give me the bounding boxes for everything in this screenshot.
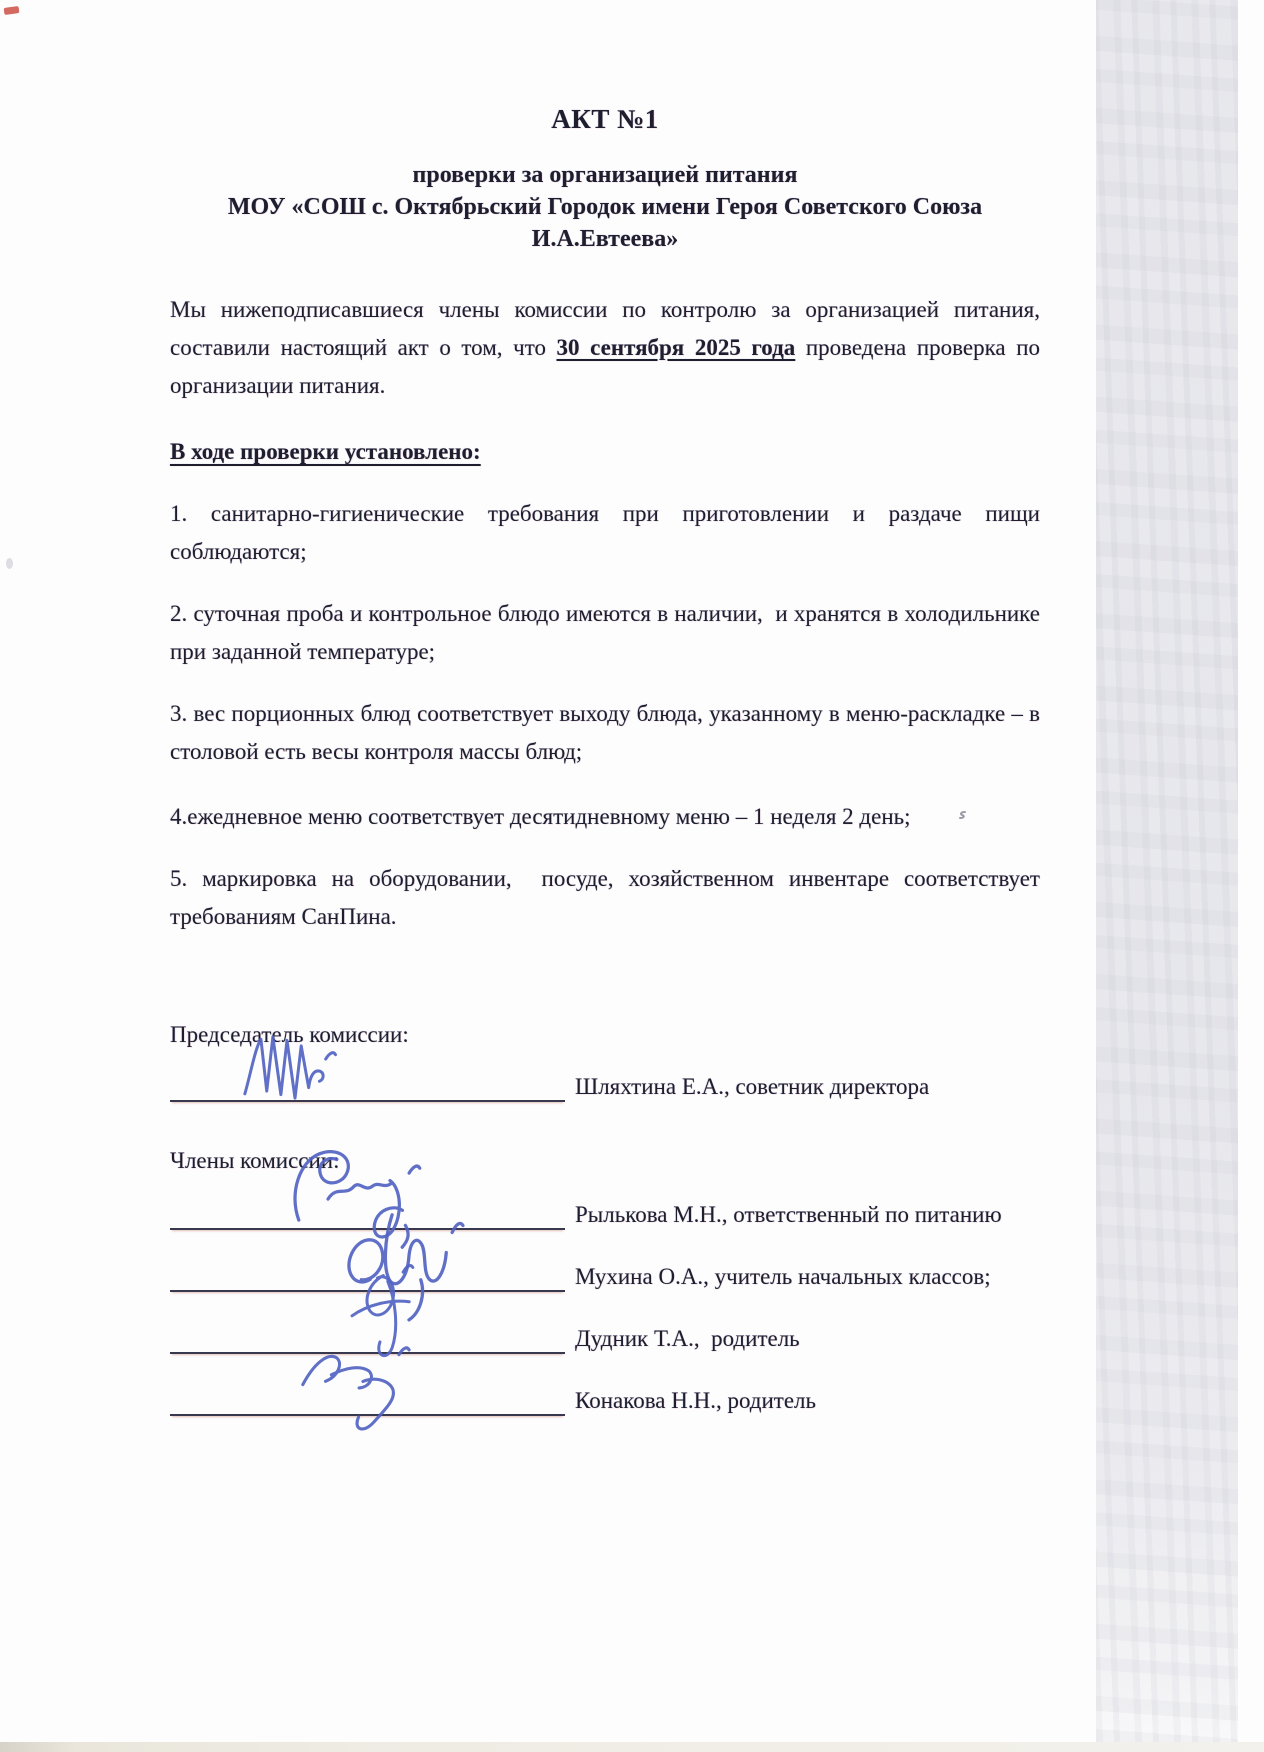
intro-paragraph: Мы нижеподписавшиеся члены комиссии по к…	[170, 291, 1040, 405]
scan-artifact-strip	[1096, 0, 1238, 1742]
signature-row-chairman: Шляхтина Е.А., советник директора	[170, 1058, 1040, 1102]
finding-item-2: 2. суточная проба и контрольное блюдо им…	[170, 595, 1040, 671]
chairman-name: Шляхтина Е.А., советник директора	[575, 1072, 929, 1102]
subtitle-line-1: проверки за организацией питания	[170, 159, 1040, 191]
scanned-document-page: АКТ №1 проверки за организацией питания …	[0, 0, 1264, 1752]
subtitle-line-2: МОУ «СОШ с. Октябрьский Городок имени Ге…	[170, 191, 1040, 223]
inspection-date: 30 сентября 2025 года	[557, 335, 796, 360]
scan-edge-speck	[6, 558, 13, 569]
signature-konakova	[255, 1310, 472, 1456]
member-name: Рылькова М.Н., ответственный по питанию	[575, 1200, 1002, 1230]
document-subtitle: проверки за организацией питания МОУ «СО…	[170, 159, 1040, 255]
signature-line	[170, 1058, 565, 1102]
member-name: Дудник Т.А., родитель	[575, 1324, 800, 1354]
document-content: АКТ №1 проверки за организацией питания …	[170, 0, 1040, 1416]
finding-item-1: 1. санитарно-гигиенические требования пр…	[170, 495, 1040, 571]
finding-item-3: 3. вес порционных блюд соответствует вых…	[170, 695, 1040, 771]
document-title: АКТ №1	[170, 106, 1040, 133]
scan-speck-icon	[957, 795, 969, 833]
member-name: Конакова Н.Н., родитель	[575, 1386, 816, 1416]
scan-bottom-edge	[0, 1742, 1264, 1752]
finding-item-5: 5. маркировка на оборудовании, посуде, х…	[170, 860, 1040, 936]
signature-row-member: Конакова Н.Н., родитель	[170, 1372, 1040, 1416]
scan-corner-mark	[4, 6, 20, 15]
findings-heading: В ходе проверки установлено:	[170, 433, 1040, 471]
member-name: Мухина О.А., учитель начальных классов;	[575, 1262, 991, 1292]
finding-item-4-text: 4.ежедневное меню соответствует десятидн…	[170, 804, 911, 829]
subtitle-line-3: И.А.Евтеева»	[170, 223, 1040, 255]
signature-shlyakhtina	[226, 1022, 369, 1117]
finding-item-4: 4.ежедневное меню соответствует десятидн…	[170, 795, 1040, 836]
signature-line	[170, 1372, 565, 1416]
